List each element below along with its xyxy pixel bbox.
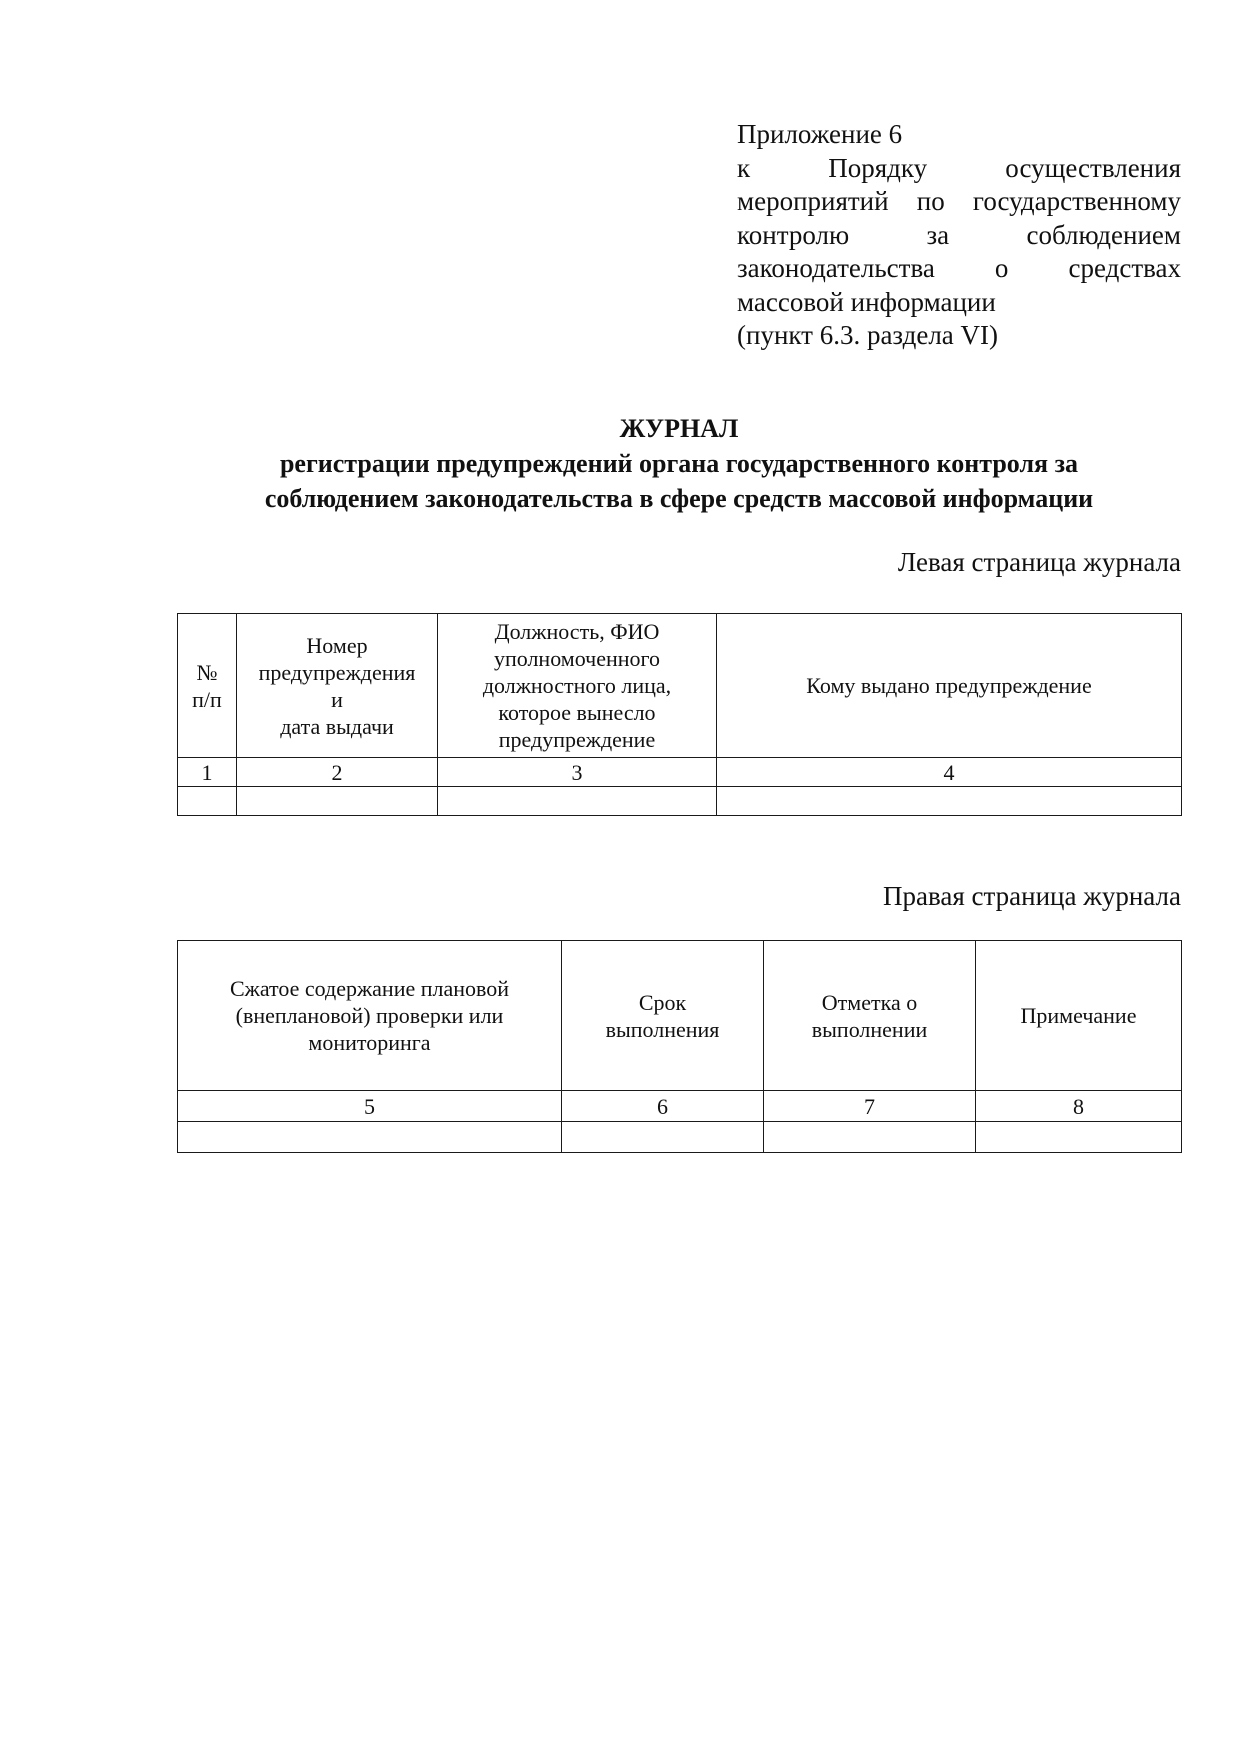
appendix-note: Приложение 6 к Порядку осуществления мер… — [737, 118, 1181, 353]
column-header: Кому выдано предупреждение — [717, 614, 1182, 758]
table-header-row: Сжатое содержание плановой (внеплановой)… — [178, 941, 1182, 1091]
table-cell — [562, 1122, 764, 1153]
appendix-word: к — [737, 152, 750, 186]
column-header: Должность, ФИО уполномоченного должностн… — [438, 614, 717, 758]
appendix-word: мероприятий — [737, 185, 889, 219]
left-page-label: Левая страница журнала — [898, 546, 1181, 578]
appendix-word: по — [917, 185, 945, 219]
column-header: Срок выполнения — [562, 941, 764, 1091]
appendix-line: мероприятий по государственному — [737, 185, 1181, 219]
column-header-text: Должность, ФИО уполномоченного должностн… — [483, 618, 671, 753]
table-cell — [178, 787, 237, 816]
appendix-line: к Порядку осуществления — [737, 152, 1181, 186]
appendix-line: массовой информации — [737, 286, 1181, 320]
column-header-text: Срок выполнения — [606, 989, 720, 1043]
column-header-text: № п/п — [192, 659, 222, 713]
column-header: № п/п — [178, 614, 237, 758]
document-subtitle-line-1: регистрации предупреждений органа госуда… — [177, 446, 1181, 481]
table-header-row: № п/п Номер предупреждения и дата выдачи… — [178, 614, 1182, 758]
column-number: 4 — [717, 758, 1182, 787]
column-number: 1 — [178, 758, 237, 787]
column-header: Номер предупреждения и дата выдачи — [237, 614, 438, 758]
column-number-row: 5 6 7 8 — [178, 1091, 1182, 1122]
appendix-word: осуществления — [1005, 152, 1181, 186]
appendix-word: Порядку — [828, 152, 927, 186]
appendix-line: контролю за соблюдением — [737, 219, 1181, 253]
document-title-block: ЖУРНАЛ регистрации предупреждений органа… — [177, 411, 1181, 516]
left-page-table: № п/п Номер предупреждения и дата выдачи… — [177, 613, 1182, 816]
column-header: Сжатое содержание плановой (внеплановой)… — [178, 941, 562, 1091]
column-header: Отметка о выполнении — [764, 941, 976, 1091]
table-cell — [237, 787, 438, 816]
column-header-text: Отметка о выполнении — [812, 989, 928, 1043]
document-subtitle-line-2: соблюдением законодательства в сфере сре… — [177, 481, 1181, 516]
table-cell — [717, 787, 1182, 816]
column-number-row: 1 2 3 4 — [178, 758, 1182, 787]
table-row — [178, 1122, 1182, 1153]
document-title: ЖУРНАЛ — [177, 411, 1181, 446]
appendix-word: средствах — [1068, 252, 1181, 286]
column-number: 6 — [562, 1091, 764, 1122]
appendix-word: о — [995, 252, 1009, 286]
appendix-title: Приложение 6 — [737, 118, 1181, 152]
table-cell — [764, 1122, 976, 1153]
table-cell — [976, 1122, 1182, 1153]
column-header-text: Примечание — [1021, 1002, 1137, 1029]
right-page-table: Сжатое содержание плановой (внеплановой)… — [177, 940, 1182, 1153]
column-number: 5 — [178, 1091, 562, 1122]
appendix-reference: (пункт 6.3. раздела VI) — [737, 319, 1181, 353]
column-number: 7 — [764, 1091, 976, 1122]
appendix-word: законодательства — [737, 252, 935, 286]
column-header-text: Номер предупреждения и дата выдачи — [259, 632, 416, 740]
column-number: 3 — [438, 758, 717, 787]
right-page-label: Правая страница журнала — [883, 880, 1181, 912]
appendix-line: законодательства о средствах — [737, 252, 1181, 286]
table-cell — [438, 787, 717, 816]
table-cell — [178, 1122, 562, 1153]
appendix-word: соблюдением — [1026, 219, 1181, 253]
appendix-word: государственному — [973, 185, 1181, 219]
table-row — [178, 787, 1182, 816]
column-header-text: Кому выдано предупреждение — [806, 672, 1091, 699]
column-number: 8 — [976, 1091, 1182, 1122]
appendix-word: контролю — [737, 219, 849, 253]
column-header-text: Сжатое содержание плановой (внеплановой)… — [230, 975, 509, 1056]
column-header: Примечание — [976, 941, 1182, 1091]
column-number: 2 — [237, 758, 438, 787]
appendix-word: за — [926, 219, 949, 253]
